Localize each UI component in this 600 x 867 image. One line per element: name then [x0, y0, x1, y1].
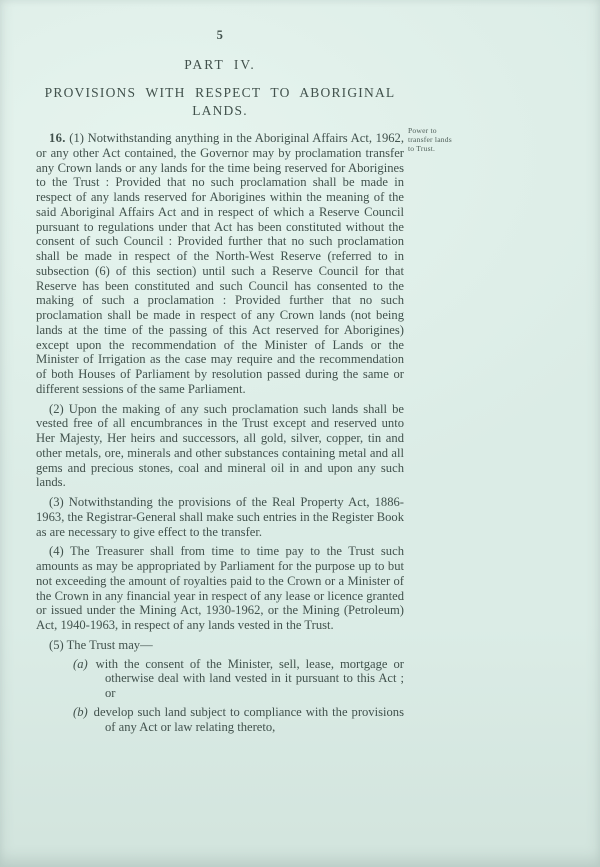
sub-item-paragraph: (b) develop such land subject to complia…	[36, 705, 404, 735]
margin-note-line: to Trust.	[408, 144, 478, 153]
paragraph: (4) The Treasurer shall from time to tim…	[36, 544, 404, 633]
sub-item-label: (b)	[73, 705, 90, 719]
paragraph: (2) Upon the making of any such proclama…	[36, 402, 404, 491]
paragraph: 16. (1) Notwithstanding anything in the …	[36, 131, 404, 397]
text-column: 5 PART IV. PROVISIONS WITH RESPECT TO AB…	[36, 28, 404, 734]
part-heading: PART IV.	[36, 57, 404, 73]
margin-note-line: transfer lands	[408, 135, 478, 144]
margin-note-line: Power to	[408, 126, 478, 135]
body-text: 16. (1) Notwithstanding anything in the …	[36, 131, 404, 734]
section-number: 16.	[49, 131, 66, 145]
sub-item-paragraph: (a) with the consent of the Minister, se…	[36, 657, 404, 701]
main-heading-line2: LANDS.	[36, 102, 404, 120]
paragraph: (5) The Trust may—	[36, 638, 404, 653]
main-heading-line1: PROVISIONS WITH RESPECT TO ABORIGINAL	[36, 84, 404, 102]
margin-note: Power to transfer lands to Trust.	[408, 126, 478, 153]
paragraph: (3) Notwithstanding the provisions of th…	[36, 495, 404, 539]
sub-item-label: (a)	[73, 657, 90, 671]
page-number: 5	[36, 28, 404, 43]
document-page: 5 PART IV. PROVISIONS WITH RESPECT TO AB…	[0, 0, 600, 867]
